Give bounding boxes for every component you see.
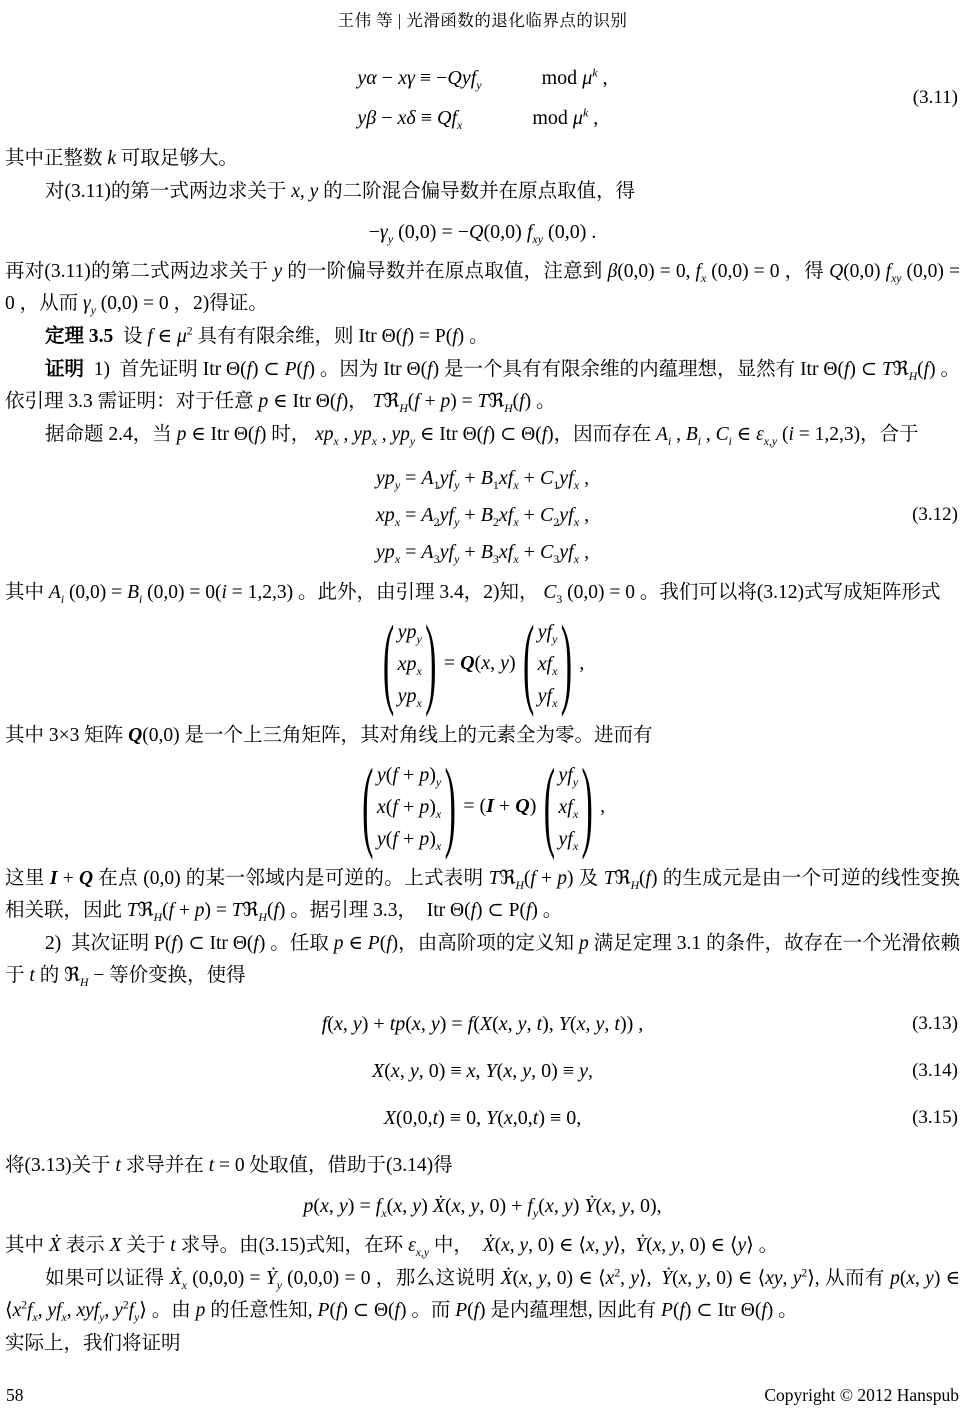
- page-header: 王伟 等 | 光滑函数的退化临界点的识别: [0, 0, 965, 31]
- paper-body: yα − xγ ≡ −Qyfy mod μk ,yβ − xδ ≡ Qfx mo…: [0, 31, 965, 1360]
- paragraph: 如果可以证得 Ẋx (0,0,0) = Ẏy (0,0,0) = 0 ，那么这说…: [5, 1263, 960, 1327]
- equation-body: X(0,0,t) ≡ 0, Y(x,0,t) ≡ 0,: [384, 1103, 582, 1133]
- paragraph: 对(3.11)的第一式两边求关于 x, y 的二阶混合偏导数并在原点取值，得: [5, 176, 960, 208]
- running-title: 王伟 等 | 光滑函数的退化临界点的识别: [338, 11, 628, 30]
- paragraph: 这里 I + Q 在点 (0,0) 的某一邻域内是可逆的。上式表明 TℜH(f …: [5, 863, 960, 927]
- page-number: 58: [6, 1385, 24, 1406]
- equation-line: xpx = A2yfy + B2xfx + C2yfx ,: [376, 500, 589, 530]
- equation-number: (3.15): [912, 1107, 958, 1129]
- equation-line: X(0,0,t) ≡ 0, Y(x,0,t) ≡ 0,: [384, 1103, 582, 1133]
- equation-line: −γy (0,0) = −Q(0,0) fxy (0,0) .: [369, 217, 597, 247]
- paragraph: 据命题 2.4，当 p ∈ Itr Θ(f) 时， xpx , ypx , yp…: [5, 419, 960, 451]
- equation: X(x, y, 0) ≡ x, Y(x, y, 0) ≡ y,(3.14): [5, 1056, 960, 1086]
- paragraph: 证明 1) 首先证明 Itr Θ(f) ⊂ P(f) 。因为 Itr Θ(f) …: [5, 354, 960, 418]
- equation-line: f(x, y) + tp(x, y) = f(X(x, y, t), Y(x, …: [322, 1009, 644, 1039]
- equation-number: (3.14): [912, 1060, 958, 1082]
- equation: −γy (0,0) = −Q(0,0) fxy (0,0) .: [5, 217, 960, 247]
- equation-line: p(x, y) = fx(x, y) Ẋ(x, y, 0) + fy(x, y)…: [303, 1191, 661, 1221]
- equation: f(x, y) + tp(x, y) = f(X(x, y, t), Y(x, …: [5, 1009, 960, 1039]
- paragraph: 将(3.13)关于 t 求导并在 t = 0 处取值，借助于(3.14)得: [5, 1150, 960, 1182]
- equation-body: yα − xγ ≡ −Qyfy mod μk ,yβ − xδ ≡ Qfx mo…: [357, 63, 607, 133]
- equation-line: ypy = A1yfy + B1xfx + C1yfx ,: [376, 463, 589, 493]
- paragraph: 实际上，我们将证明: [5, 1328, 960, 1360]
- equation-body: ypy = A1yfy + B1xfx + C1yfx ,xpx = A2yfy…: [376, 463, 589, 567]
- equation: (ypyxpxypx) = Q(x, y) (yfyxfxyfx) ,: [5, 617, 960, 712]
- equation: p(x, y) = fx(x, y) Ẋ(x, y, 0) + fy(x, y)…: [5, 1191, 960, 1221]
- paragraph: 其中 3×3 矩阵 Q(0,0) 是一个上三角矩阵，其对角线上的元素全为零。进而…: [5, 720, 960, 752]
- equation: (y(f + p)yx(f + p)xy(f + p)x) = (I + Q) …: [5, 760, 960, 855]
- paper-page: 王伟 等 | 光滑函数的退化临界点的识别 yα − xγ ≡ −Qyfy mod…: [0, 0, 965, 1414]
- equation-body: (ypyxpxypx) = Q(x, y) (yfyxfxyfx) ,: [381, 617, 585, 712]
- equation-number: (3.11): [913, 87, 958, 109]
- equation-number: (3.13): [912, 1013, 958, 1035]
- equation-line: (y(f + p)yx(f + p)xy(f + p)x) = (I + Q) …: [360, 760, 605, 855]
- equation: yα − xγ ≡ −Qyfy mod μk ,yβ − xδ ≡ Qfx mo…: [5, 63, 960, 133]
- equation-body: f(x, y) + tp(x, y) = f(X(x, y, t), Y(x, …: [322, 1009, 644, 1039]
- equation-line: ypx = A3yfy + B3xfx + C3yfx ,: [376, 537, 589, 567]
- equation-body: p(x, y) = fx(x, y) Ẋ(x, y, 0) + fy(x, y)…: [303, 1191, 661, 1221]
- paragraph: 定理 3.5 设 f ∈ μ2 具有有限余维，则 Itr Θ(f) = P(f)…: [5, 321, 960, 353]
- paragraph: 2) 其次证明 P(f) ⊂ Itr Θ(f) 。任取 p ∈ P(f)，由高阶…: [5, 928, 960, 992]
- paragraph: 其中 Ai (0,0) = Bi (0,0) = 0(i = 1,2,3) 。此…: [5, 577, 960, 609]
- equation-line: yα − xγ ≡ −Qyfy mod μk ,: [357, 63, 607, 93]
- page-footer: 58 Copyright © 2012 Hanspub: [0, 1385, 965, 1406]
- equation-line: (ypyxpxypx) = Q(x, y) (yfyxfxyfx) ,: [381, 617, 585, 712]
- paragraph: 其中正整数 k 可取足够大。: [5, 143, 960, 175]
- equation: X(0,0,t) ≡ 0, Y(x,0,t) ≡ 0,(3.15): [5, 1103, 960, 1133]
- copyright-text: Copyright © 2012 Hanspub: [764, 1385, 959, 1406]
- equation-line: X(x, y, 0) ≡ x, Y(x, y, 0) ≡ y,: [372, 1056, 593, 1086]
- paragraph: 其中 Ẋ 表示 X 关于 t 求导。由(3.15)式知，在环 εx,y 中， Ẋ…: [5, 1230, 960, 1262]
- equation-body: (y(f + p)yx(f + p)xy(f + p)x) = (I + Q) …: [360, 760, 605, 855]
- equation-number: (3.12): [912, 504, 958, 526]
- paragraph: 再对(3.11)的第二式两边求关于 y 的一阶偏导数并在原点取值，注意到 β(0…: [5, 256, 960, 320]
- equation-line: yβ − xδ ≡ Qfx mod μk ,: [357, 103, 598, 133]
- equation-body: X(x, y, 0) ≡ x, Y(x, y, 0) ≡ y,: [372, 1056, 593, 1086]
- equation: ypy = A1yfy + B1xfx + C1yfx ,xpx = A2yfy…: [5, 463, 960, 567]
- equation-body: −γy (0,0) = −Q(0,0) fxy (0,0) .: [369, 217, 597, 247]
